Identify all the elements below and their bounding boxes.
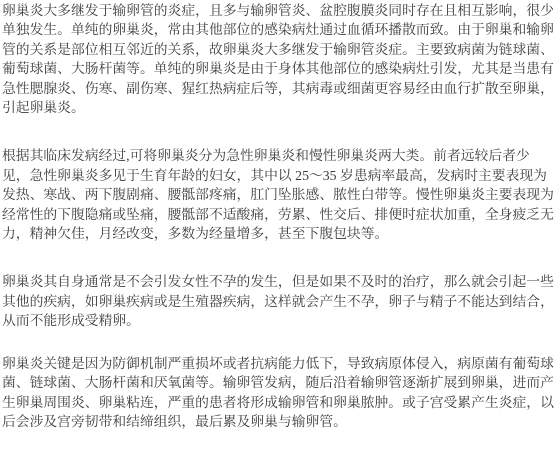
paragraph-causes: 卵巢炎大多继发于输卵管的炎症，且多与输卵管炎、盆腔腹膜炎同时存在且相互影响，很少… — [2, 1, 556, 117]
paragraph-classification-symptoms: 根据其临床发病经过,可将卵巢炎分为急性卵巢炎和慢性卵巢炎两大类。前者远较后者少见… — [2, 146, 556, 243]
document-body: 卵巢炎大多继发于输卵管的炎症，且多与输卵管炎、盆腔腹膜炎同时存在且相互影响，很少… — [0, 0, 558, 431]
paragraph-infertility-risk: 卵巢炎其自身通常是不会引发女性不孕的发生，但是如果不及时的治疗，那么就会引起一些… — [2, 272, 556, 330]
paragraph-pathogenesis: 卵巢炎关键是因为防御机制严重损坏或者抗病能力低下，导致病原体侵入，病原菌有葡萄球… — [2, 354, 556, 432]
